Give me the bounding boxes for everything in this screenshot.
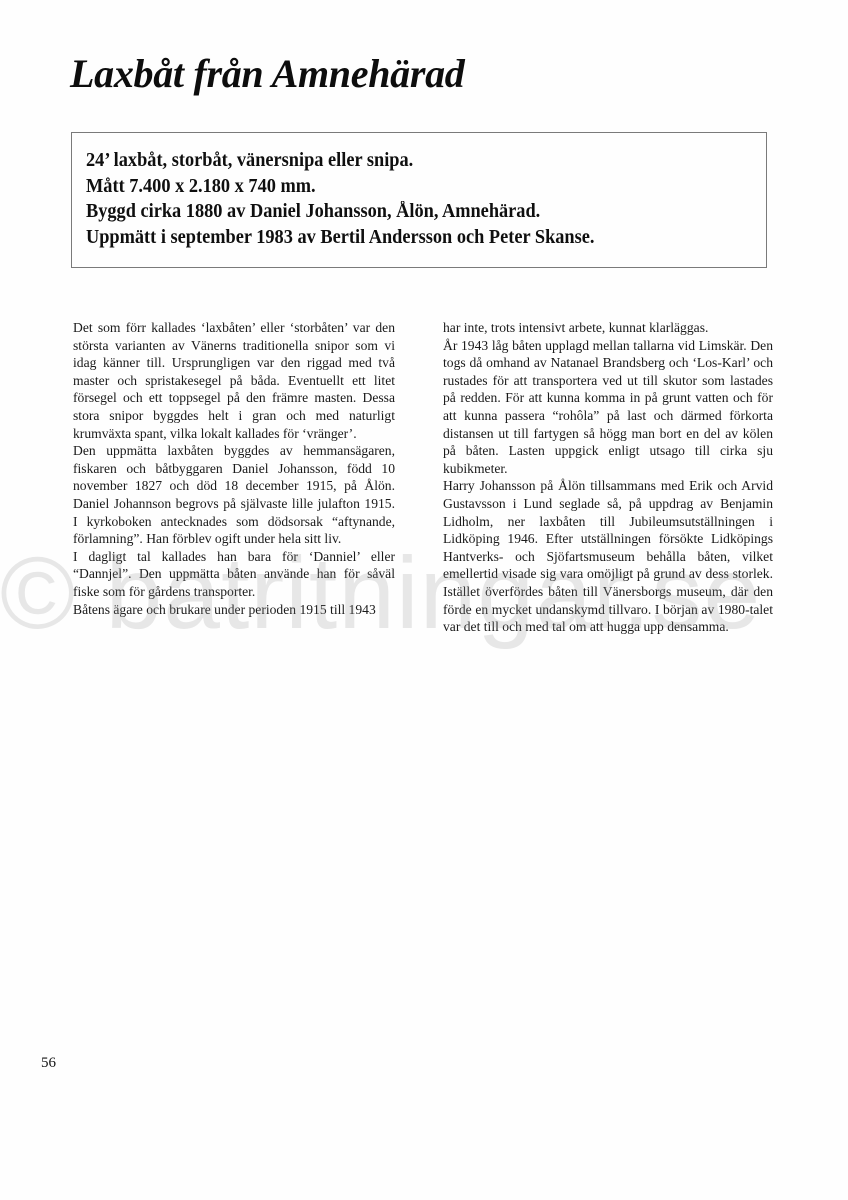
paragraph: I dagligt tal kallades han bara för ‘Dan… <box>73 548 395 601</box>
paragraph: Harry Johansson på Ålön tillsammans med … <box>443 477 773 635</box>
spec-line-dimensions: Mått 7.400 x 2.180 x 740 mm. <box>86 174 594 200</box>
paragraph: har inte, trots intensivt arbete, kunnat… <box>443 319 773 337</box>
paragraph: År 1943 låg båten upplagd mellan tallarn… <box>443 337 773 478</box>
left-column: Det som förr kallades ‘laxbåten’ eller ‘… <box>73 319 395 618</box>
right-column: har inte, trots intensivt arbete, kunnat… <box>443 319 773 636</box>
spec-lines: 24’ laxbåt, storbåt, vänersnipa eller sn… <box>86 148 627 250</box>
spec-line-builder: Byggd cirka 1880 av Daniel Johansson, Ål… <box>86 199 594 225</box>
paragraph: Den uppmätta laxbåten byggdes av hemmans… <box>73 442 395 548</box>
paragraph: Det som förr kallades ‘laxbåten’ eller ‘… <box>73 319 395 442</box>
page-title: Laxbåt från Amnehärad <box>70 50 465 97</box>
page-number: 56 <box>41 1055 56 1072</box>
spec-line-type: 24’ laxbåt, storbåt, vänersnipa eller sn… <box>86 148 594 174</box>
specification-box: 24’ laxbåt, storbåt, vänersnipa eller sn… <box>71 132 767 268</box>
paragraph: Båtens ägare och brukare under perioden … <box>73 601 395 619</box>
spec-line-measured: Uppmätt i september 1983 av Bertil Ander… <box>86 225 594 251</box>
